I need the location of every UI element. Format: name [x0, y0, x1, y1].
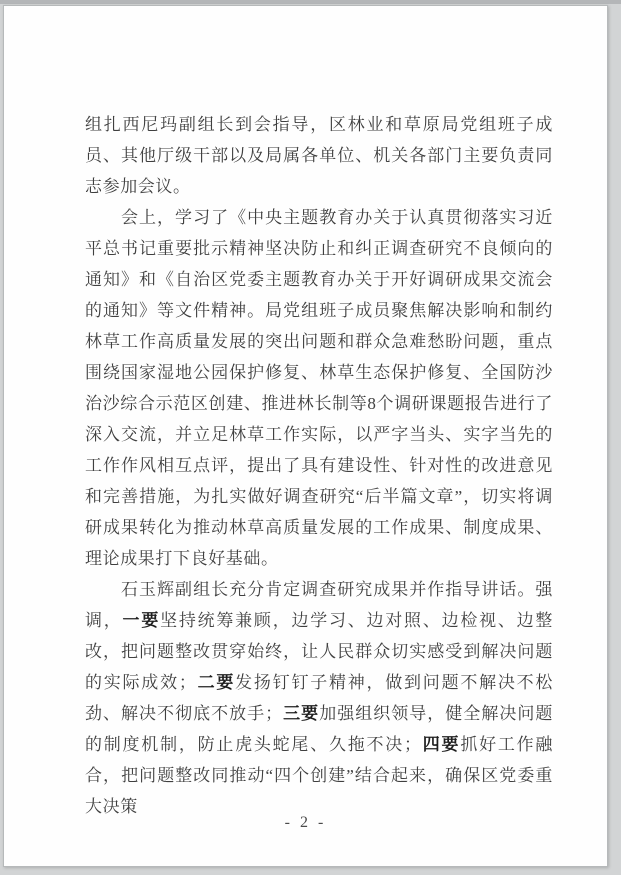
document-viewer-background: 组扎西尼玛副组长到会指导，区林业和草原局党组班子成员、其他厅级干部以及局属各单位… [0, 0, 621, 875]
paragraph: 组扎西尼玛副组长到会指导，区林业和草原局党组班子成员、其他厅级干部以及局属各单位… [85, 109, 553, 202]
page-number: - 2 - [4, 814, 607, 832]
paragraph: 石玉辉副组长充分肯定调查研究成果并作指导讲话。强调，一要坚持统筹兼顾，边学习、边… [85, 574, 553, 822]
paragraph: 会上，学习了《中央主题教育办关于认真贯彻落实习近平总书记重要批示精神坚决防止和纠… [85, 202, 553, 574]
document-body: 组扎西尼玛副组长到会指导，区林业和草原局党组班子成员、其他厅级干部以及局属各单位… [85, 109, 553, 822]
document-page: 组扎西尼玛副组长到会指导，区林业和草原局党组班子成员、其他厅级干部以及局属各单位… [3, 5, 608, 867]
emphasis-run: 三要 [283, 704, 319, 723]
text-run: 会上，学习了《中央主题教育办关于认真贯彻落实习近平总书记重要批示精神坚决防止和纠… [85, 208, 553, 568]
emphasis-run: 四要 [422, 735, 461, 754]
emphasis-run: 二要 [196, 673, 235, 692]
text-run: 组扎西尼玛副组长到会指导，区林业和草原局党组班子成员、其他厅级干部以及局属各单位… [85, 115, 553, 196]
emphasis-run: 一要 [123, 611, 161, 630]
